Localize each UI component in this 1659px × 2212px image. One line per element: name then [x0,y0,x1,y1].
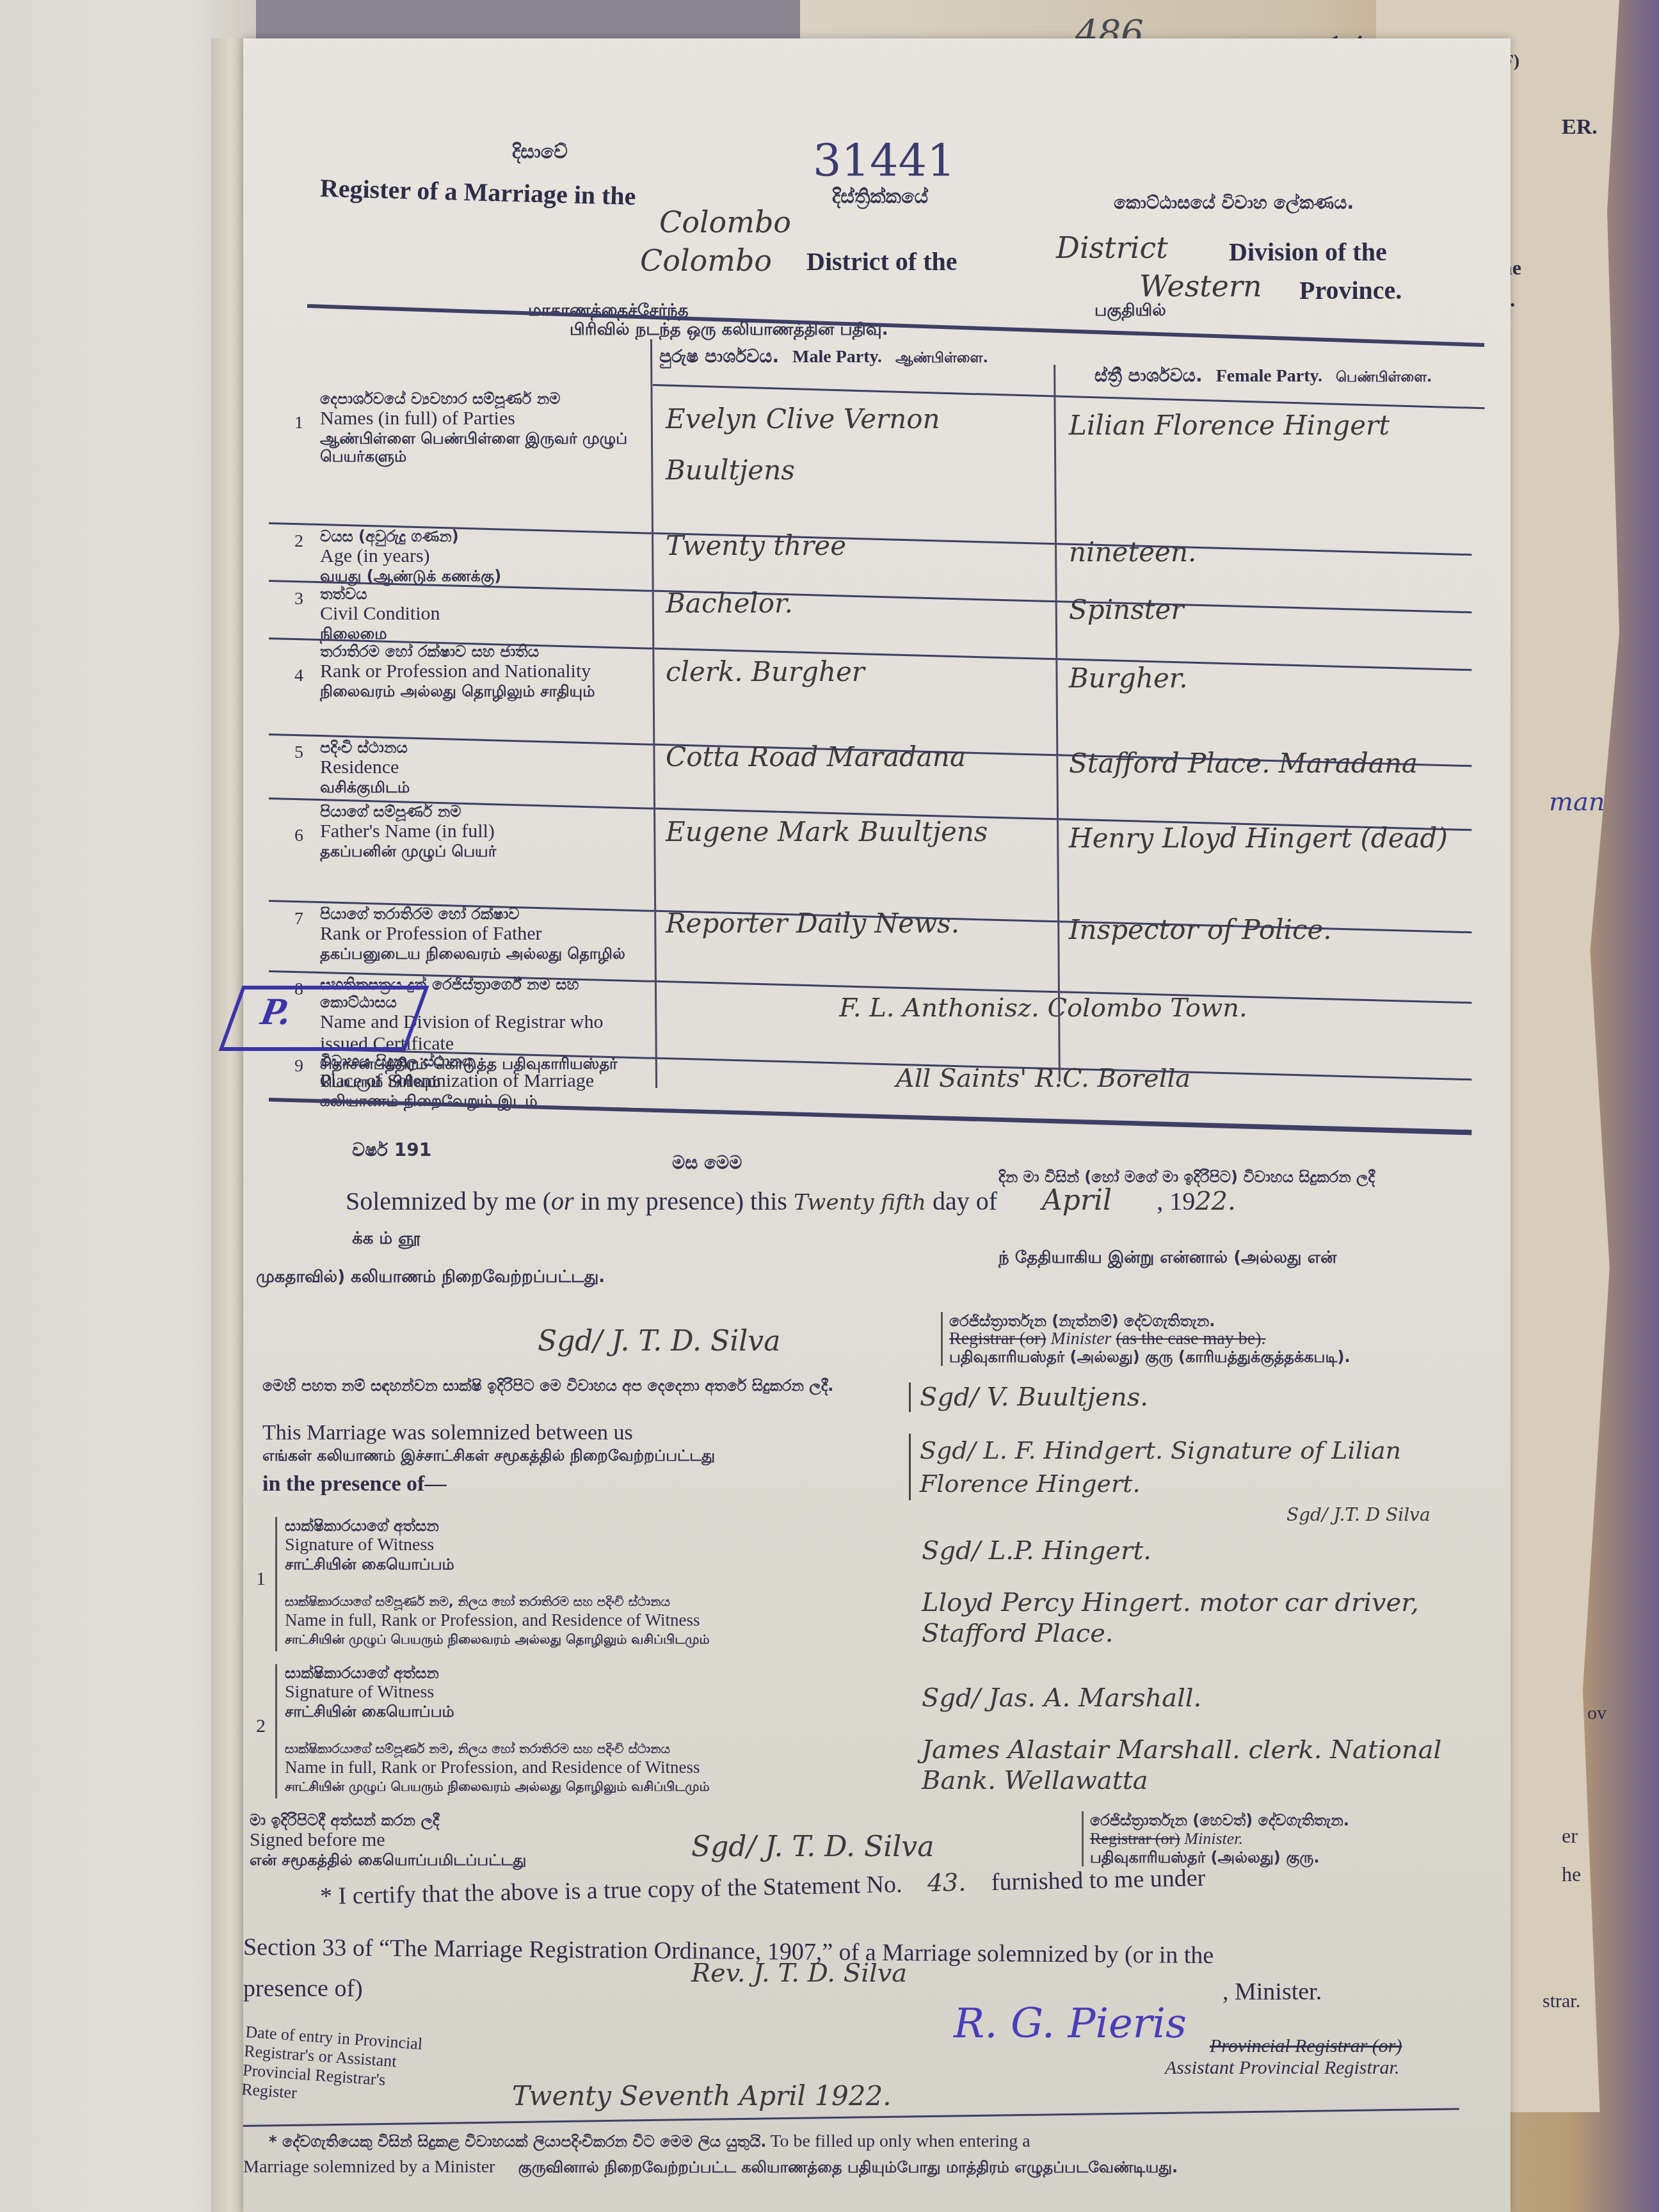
witness-details: James Alastair Marshall. clerk. National… [922,1735,1485,1796]
row-label: පදිංචි ස්ථානය Residence வசிக்குமிடம் [320,739,640,796]
row-label-sinhala: පදිංචි ස්ථානය [320,739,640,757]
table-bottom-rule [269,1098,1471,1135]
female-header-tamil: பெண்பிள்ளை. [1336,369,1432,385]
certificate-minister-handwritten: Rev. J. T. D. Silva [691,1959,907,1988]
row-female-value: Inspector of Police. [1069,915,1466,945]
row-label-sinhala: වයස (අවුරුදු ගණන) [320,527,640,545]
minister-role-block: රෙජිස්ත්‍රාර්තැන (නැත්නම්) දේවගැතිතැන. R… [941,1312,1350,1366]
table-row: 7 පියාගේ තරාතිරම හෝ රක්ෂාව Rank or Profe… [269,902,1472,973]
register-title: Register of a Marriage in the [319,173,636,211]
margin-fragment: ov [1587,1703,1607,1724]
signed-before-block: මා ඉදිරිපිටදී අත්සන් කරන ලදී Signed befo… [250,1811,526,1869]
sinhala-district: දිස්ත්‍රික්කයේ [832,186,928,208]
row-label-tamil: நிலைவரம் அல்லது தொழிலும் சாதியும் [320,682,640,700]
footnote: * දේවගැතියෙකු විසින් සිදුකළ විවාහයක් ලිය… [269,2131,1472,2152]
margin-fragment: strar. [1543,1991,1580,2012]
signed-before-sinhala: මා ඉදිරිපිටදී අත්සන් කරන ලදී [250,1811,526,1829]
row-label-sinhala: පියාගේ තරාතිරම හෝ රක්ෂාව [320,905,640,923]
witness-sig-sinhala: සාක්ෂිකාරයාගේ අත්සන [285,1664,710,1682]
row-label-tamil: தகப்பனின் முழுப் பெயர் [320,842,640,860]
row-male-value: Reporter Daily News. [666,909,1050,938]
registrar-signature: R. G. Pieris [954,2000,1187,2048]
register-number: 31441 [813,134,956,187]
division-of-the-label: Division of the [1229,237,1387,267]
signed-before-tamil: என் சமூகத்தில் கையொப்பமிடப்பட்டது [250,1851,526,1869]
row-number: 6 [294,826,303,846]
header-rule [307,304,1484,347]
row-label-english: Place of Solemnization of Marriage [320,1070,640,1092]
minister-role-case: (as the case may be). [1116,1329,1266,1349]
certificate-text: * I certify that the above is a true cop… [320,1871,902,1910]
certificate-text-after: furnished to me under [991,1864,1205,1896]
row-number: 3 [294,589,303,609]
minister-role-sinhala: රෙජිස්ත්‍රාර්තැන (නැත්නම්) දේවගැතිතැන. [949,1312,1350,1330]
witness-name-sinhala: සාක්ෂිකාරයාගේ සම්පූර්ණ නම, නිලය හෝ තරාති… [285,1740,710,1758]
minister-signature: Sgd/ J. T. D. Silva [538,1325,780,1358]
witness-sig-english: Signature of Witness [285,1682,710,1703]
row-number: 2 [294,531,303,552]
solemnized-text-after: in my presence) this [574,1187,787,1215]
row-male-value: Cotta Road Maradana [666,742,1050,772]
between-us-sinhala: මෙහි පහත නම් සඳහන්වන සාක්ෂි ඉදිරිපිට මෙ … [262,1376,902,1395]
row-label-sinhala: විවාහය සිදුකල ස්ථානය [320,1052,640,1070]
witness-name-tamil: சாட்சியின் முழுப் பெயரும் நிலைவரம் அல்லத… [285,1630,710,1648]
footnote-line-2: Marriage solemnized by a Minister குருவி… [243,2157,1178,2178]
division-handwritten: District [1056,230,1168,265]
witness-name-sinhala: සාක්ෂිකාරයාගේ සම්පූර්ණ නම, නිලය හෝ තරාති… [285,1592,710,1610]
row-label: පියාගේ තරාතිරම හෝ රක්ෂාව Rank or Profess… [320,905,640,963]
month-handwritten: April [1042,1184,1112,1217]
row-merged-value: All Saints' R.C. Borella [691,1056,1395,1101]
row-number: 1 [294,413,303,433]
signed-role-minister: Minister. [1184,1829,1243,1848]
female-header-english: Female Party. [1216,366,1322,386]
row-label: පියාගේ සම්පූර්ණ නම Father's Name (in ful… [320,803,640,860]
row-female-value: Lilian Florence Hingert [1069,400,1466,451]
row-label-tamil: ஆண்பிள்ளை பெண்பிள்ளை இருவர் முழுப் பெயர்… [320,429,640,465]
year-prefix: , 19 [1157,1187,1195,1215]
row-label-english: Names (in full) of Parties [320,408,640,429]
witness-name-tamil: சாட்சியின் முழுப் பெயரும் நிலைவரம் அல்லத… [285,1777,710,1795]
row-female-value: Henry Lloyd Hingert (dead) [1069,813,1466,864]
date-of-entry-label: Date of entry in Provincial Registrar's … [241,2023,438,2113]
row-label-tamil: வசிக்குமிடம் [320,778,640,796]
stamp-letter: P. [255,990,300,1032]
row-number: 7 [294,909,303,929]
row-female-value: Stafford Place. Maradana [1069,749,1466,778]
row-label-english: Residence [320,757,640,778]
row-female-value: Spinster [1069,595,1466,625]
table-row: 4 තරාතිරම හෝ රක්ෂාව සහ ජාතිය Rank or Pro… [269,640,1472,736]
witness-block: 2 සාක්ෂිකාරයාගේ අත්සන Signature of Witne… [256,1664,1472,1805]
minister-role-tamil: பதிவுகாரியஸ்தர் (அல்லது) குரு (காரியத்து… [949,1348,1350,1366]
row-label: තරාතිරම හෝ රක්ෂාව සහ ජාතිය Rank or Profe… [320,643,640,700]
between-us-english: This Marriage was solemnized between us [262,1421,633,1445]
statement-number: 43. [927,1868,966,1897]
footnote-english-2: Marriage solemnized by a Minister [243,2157,495,2177]
marriage-register-page: දිසාවේ 31441 Register of a Marriage in t… [243,38,1511,2212]
witness-name-english: Name in full, Rank or Profession, and Re… [285,1610,710,1630]
witness-signature: Sgd/ L.P. Hingert. [922,1536,1151,1566]
bride-signature: Sgd/ L. F. Hindgert. Signature of Lilian… [909,1434,1483,1500]
witness-number: 2 [256,1715,266,1737]
female-header-sinhala: ස්ත්‍රී පාර්ශවය. [1094,365,1203,386]
row-number: 9 [294,1056,303,1077]
district-handwritten: Colombo [659,205,791,239]
row-male-value: Eugene Mark Buultjens [666,806,1050,858]
solemnized-text-before: Solemnized by me ( [346,1187,551,1215]
footnote-english-1: To be filled up only when entering a [770,2131,1030,2151]
male-header-sinhala: පුරුෂ පාර්ශවය. [659,346,779,367]
row-male-value: Bachelor. [666,589,1050,618]
row-female-value: Burgher. [1069,653,1466,704]
signed-before-english: Signed before me [250,1829,526,1851]
certificate-line-1: * I certify that the above is a true cop… [320,1863,1206,1911]
table-row: 9 විවාහය සිදුකල ස්ථානය Place of Solemniz… [269,1050,1472,1101]
row-label-english: Father's Name (in full) [320,821,640,842]
table-row: 3 තත්වය Civil Condition நிலைமை Bachelor.… [269,582,1472,640]
solemnized-tamil-2: ந் தேதியாகிய இன்று என்னால் (அல்லது என் [998,1248,1336,1269]
row-label-sinhala: පියාගේ සම්පූර්ණ නම [320,803,640,821]
solemnized-sinhala: දින මා විසින් (හෝ මගේ මා ඉදිරිපිට) විවාහ… [998,1168,1375,1186]
solemnized-text-or: or [551,1187,574,1215]
registrar-role-2: Assistant Provincial Registrar. [1165,2057,1402,2079]
solemnized-statement: Solemnized by me (or in my presence) thi… [346,1184,1236,1217]
registry-stamp: P. [218,986,429,1051]
sinhala-title-left: දිසාවේ [512,141,568,163]
signed-role-registrar: Registrar (or) [1090,1829,1180,1848]
row-label-english: Rank or Profession of Father [320,923,640,945]
minister-role-registrar: Registrar (or) [949,1329,1046,1349]
footnote-sinhala: * දේවගැතියෙකු විසින් සිදුකළ විවාහයක් ලිය… [269,2133,766,2151]
witness-sig-tamil: சாட்சியின் கையொப்பம் [285,1703,710,1720]
row-male-value: Evelyn Clive Vernon Buultjens [666,394,1050,496]
table-row: 8 සහතිකපත්‍රය දුන් රෙජිස්ත්‍රාර්ගේ නම සහ… [269,973,1472,1050]
witness-number: 1 [256,1568,266,1590]
in-presence-of: in the presence of— [262,1472,446,1496]
row-label-sinhala: තත්වය [320,585,640,603]
province-label: Province. [1299,275,1402,305]
row-label: දෙපාර්ශවයේ ව්‍යවහාර සම්පූර්ණ නම Names (i… [320,390,640,465]
row-male-value: clerk. Burgher [666,646,1050,698]
witness-sig-english: Signature of Witness [285,1535,710,1555]
male-header-tamil: ஆண்பிள்ளை. [895,350,988,366]
registrar-role-1: Provincial Registrar (or) [1165,2035,1402,2057]
certificate-minister-suffix: , Minister. [1222,1978,1322,2006]
margin-fragment: er [1562,1824,1578,1848]
table-row: 2 වයස (අවුරුදු ගණන) Age (in years) வயது … [269,525,1472,582]
certificate-line-3: presence of) [243,1975,363,2003]
row-label: වයස (අවුරුදු ගණන) Age (in years) வயது (ஆ… [320,527,640,585]
year-label-sinhala: වර්ෂ 191 [352,1139,431,1161]
solemnized-tamil-3: முகதாவில்) கலியாணம் நிறைவேற்றப்பட்டது. [256,1267,605,1288]
signed-role-sinhala: රෙජිස්ත්‍රාර්තැන (හෙවත්) දේවගැතිතැන. [1090,1811,1349,1829]
signed-role-tamil: பதிவுகாரியஸ்தர் (அல்லது) குரு. [1090,1848,1349,1866]
row-merged-value: F. L. Anthonisz. Colombo Town. [691,986,1395,1030]
witness-block: 1 සාක්ෂිකාරයාගේ අත්සන Signature of Witne… [256,1517,1472,1658]
day-of-label: day of [933,1187,997,1215]
witness-name-english: Name in full, Rank or Profession, and Re… [285,1758,710,1777]
table-row: 5 පදිංචි ස්ථානය Residence வசிக்குமிடம் C… [269,736,1472,800]
province-handwritten: Western [1139,269,1262,303]
district-handwritten-2: Colombo [640,243,772,278]
date-of-entry-handwritten: Twenty Seventh April 1922. [512,2080,892,2112]
witness-sig-tamil: சாட்சியின் கையொப்பம் [285,1555,710,1573]
margin-fragment: man [1549,787,1605,817]
tamil-division: பகுதியில் [1094,301,1166,322]
between-us-tamil: எங்கள் கலியாணம் இச்சாட்சிகள் சமூகத்தில் … [262,1447,715,1466]
year-handwritten: 22. [1195,1187,1236,1216]
row-label: තත්වය Civil Condition நிலைமை [320,585,640,643]
margin-fragment: ER. [1562,115,1598,140]
groom-signature: Sgd/ V. Buultjens. [909,1382,1148,1412]
footnote-tamil: குருவினால் நிறைவேற்றப்பட்ட கலியாணத்தை பத… [518,2158,1178,2176]
male-header-english: Male Party. [792,347,882,367]
witness-details: Lloyd Percy Hingert. motor car driver, S… [922,1587,1485,1649]
row-label-english: Age (in years) [320,545,640,567]
row-male-value: Twenty three [666,531,1050,561]
row-female-value: nineteen. [1069,538,1466,567]
signed-before-signature: Sgd/ J. T. D. Silva [691,1831,934,1863]
district-of-the-label: District of the [806,246,957,276]
witness-labels: සාක්ෂිකාරයාගේ අත්සන Signature of Witness… [275,1517,710,1651]
female-column-header: ස්ත්‍රී පාර්ශවය. Female Party. பெண்பிள்ள… [1094,365,1432,387]
sinhala-title-right: කොට්ඨාසයේ විවාහ ලේකණය. [1114,192,1354,214]
signed-before-role: රෙජිස්ත්‍රාර්තැන (හෙවත්) දේවගැතිතැන. Reg… [1082,1811,1349,1866]
row-label-english: Civil Condition [320,603,640,625]
registrar-role: Provincial Registrar (or) Assistant Prov… [1165,2035,1402,2079]
row-number: 5 [294,742,303,763]
row-label-english: Rank or Profession and Nationality [320,661,640,682]
solemnized-tamil-1: க்க ம் ஞூ [352,1229,421,1250]
row-label-sinhala: දෙපාර්ශවයේ ව්‍යවහාර සම්පූර්ණ නම [320,390,640,408]
row-number: 4 [294,666,303,686]
row-label-tamil: தகப்பனுடைய நிலைவரம் அல்லது தொழில் [320,945,640,963]
witness-signature: Sgd/ Jas. A. Marshall. [922,1683,1201,1713]
male-column-header: පුරුෂ පාර්ශවය. Male Party. ஆண்பிள்ளை. [659,346,988,368]
table-row: 6 පියාගේ සම්පූර්ණ නම Father's Name (in f… [269,800,1472,902]
witness-sig-sinhala: සාක්ෂිකාරයාගේ අත්සන [285,1517,710,1535]
table-row: 1 දෙපාර්ශවයේ ව්‍යවහාර සම්පූර්ණ නම Names … [269,387,1472,525]
minister-role-minister: Minister [1051,1329,1112,1349]
month-label-sinhala: මස මෙම [672,1152,742,1174]
row-label-sinhala: තරාතිරම හෝ රක්ෂාව සහ ජාතිය [320,643,640,661]
witness-labels: සාක්ෂිකාරයාගේ අත්සන Signature of Witness… [275,1664,710,1799]
margin-fragment: he [1562,1863,1581,1886]
day-handwritten: Twenty fifth [794,1190,926,1215]
